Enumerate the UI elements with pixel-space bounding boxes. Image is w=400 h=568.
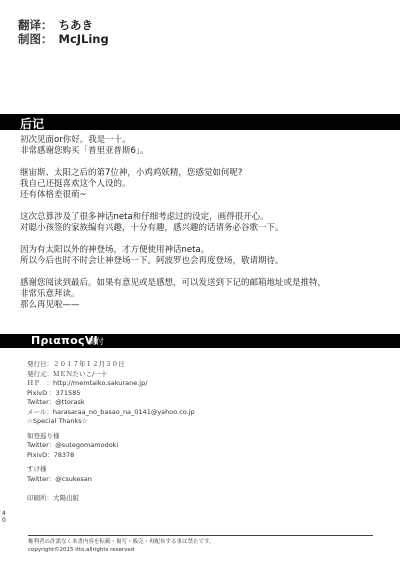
text-line: 因为有太阳以外的神登场，才方便使用神话neta。 xyxy=(20,245,395,256)
twitter: Twitter：@ttorask xyxy=(27,398,195,408)
afterword-paragraph: 感谢您阅读到最后。如果有意见或是感想，可以发送到下记的邮箱地址或是推特， 非常乐… xyxy=(20,278,395,311)
afterword-paragraph: 继宙斯、太阳之后的第7位神，小鸡鸡妖精，您感觉如何呢? 我自己还挺喜欢这个人设的… xyxy=(20,168,395,201)
text-line: 感谢您阅读到最后。如果有意见或是感想，可以发送到下记的邮箱地址或是推特， xyxy=(20,278,395,289)
thanks-twitter: Twitter：@sutegomamodoki xyxy=(27,441,195,451)
publisher: 発行元：ＭＥＮたいこ/一十 xyxy=(27,370,195,380)
afterword-header-bar: 后记 xyxy=(0,114,400,130)
credit-value: McJLing xyxy=(59,32,109,46)
afterword-body: 初次见面or你好。我是一十。 非常感谢您购买「普里亚普斯6」。 继宙斯、太阳之后… xyxy=(20,135,395,322)
text-line: 初次见面or你好。我是一十。 xyxy=(20,135,395,146)
pixiv-id: PixivD ：371585 xyxy=(27,389,195,399)
credit-label: 翻译： xyxy=(18,18,53,32)
homepage: ＨＰ ：http://memtaiko.sakurane.jp/ xyxy=(27,379,195,389)
publish-date: 発行日：２０１７年１２月３０日 xyxy=(27,360,195,370)
reproduction-notice: 権利者の許諾なく本書内容を転載・複写・販売・再配布する事は禁止です。 xyxy=(28,539,373,547)
colophon-subtitle: 奥付 xyxy=(88,336,104,347)
text-line: 非常感谢您购买「普里亚普斯6」。 xyxy=(20,146,395,157)
thanks-pixiv: PixivD：78378 xyxy=(27,451,195,461)
text-line: 对聪小孩签的家族编有兴趣，十分有趣，感兴趣的话请务必谷歌一下。 xyxy=(20,223,395,234)
special-thanks-heading: ☆Special Thanks☆ xyxy=(27,417,195,427)
text-line: 还有体格差很萌~ xyxy=(20,190,395,201)
credit-translator: 翻译： ちあき xyxy=(18,18,109,32)
thanks-name: 如登巡り様 xyxy=(27,432,195,442)
thanks-name: すけ様 xyxy=(27,465,195,475)
credit-typesetter: 制图： McJLing xyxy=(18,32,109,46)
afterword-paragraph: 这次总算涉及了很多神话neta和仔细考虑过的设定，画得很开心。 对聪小孩签的家族… xyxy=(20,212,395,234)
text-line: 非常乐意拜读。 xyxy=(20,289,395,300)
page-digit: 0 xyxy=(2,517,6,524)
thanks-twitter: Twitter：@csukesan xyxy=(27,475,195,485)
text-line: 继宙斯、太阳之后的第7位神，小鸡鸡妖精，您感觉如何呢? xyxy=(20,168,395,179)
afterword-paragraph: 因为有太阳以外的神登场，才方便使用神话neta。 所以今后也时不时会让神登场一下… xyxy=(20,245,395,267)
translator-credits: 翻译： ちあき 制图： McJLing xyxy=(18,18,109,46)
colophon-header-bar: ΠριαποςVI 奥付 xyxy=(0,334,400,348)
email: メール：harasaraa_no_basao_na_0141@yahoo.co.… xyxy=(27,408,195,418)
text-line: 这次总算涉及了很多神话neta和仔细考虑过的设定，画得很开心。 xyxy=(20,212,395,223)
page-digit: 4 xyxy=(2,510,6,517)
credit-value: ちあき xyxy=(59,18,94,32)
colophon-info: 発行日：２０１７年１２月３０日 発行元：ＭＥＮたいこ/一十 ＨＰ ：http:/… xyxy=(27,360,195,504)
copyright-footer: 権利者の許諾なく本書内容を転載・複写・販売・再配布する事は禁止です。 copyr… xyxy=(28,535,373,554)
text-line: 我自己还挺喜欢这个人设的。 xyxy=(20,179,395,190)
text-line: 那么再见啦—— xyxy=(20,300,395,311)
credit-label: 制图： xyxy=(18,32,53,46)
afterword-paragraph: 初次见面or你好。我是一十。 非常感谢您购买「普里亚普斯6」。 xyxy=(20,135,395,157)
text-line: 所以今后也时不时会让神登场一下。阿波罗也会再度登场，敬请期待。 xyxy=(20,256,395,267)
page-number: 4 0 xyxy=(2,510,6,524)
afterword-title: 后记 xyxy=(20,115,44,132)
copyright-text: copyright©2015 itto.allrights reserved xyxy=(28,547,373,555)
printer: 印刷所：大陽出版 xyxy=(27,494,195,504)
